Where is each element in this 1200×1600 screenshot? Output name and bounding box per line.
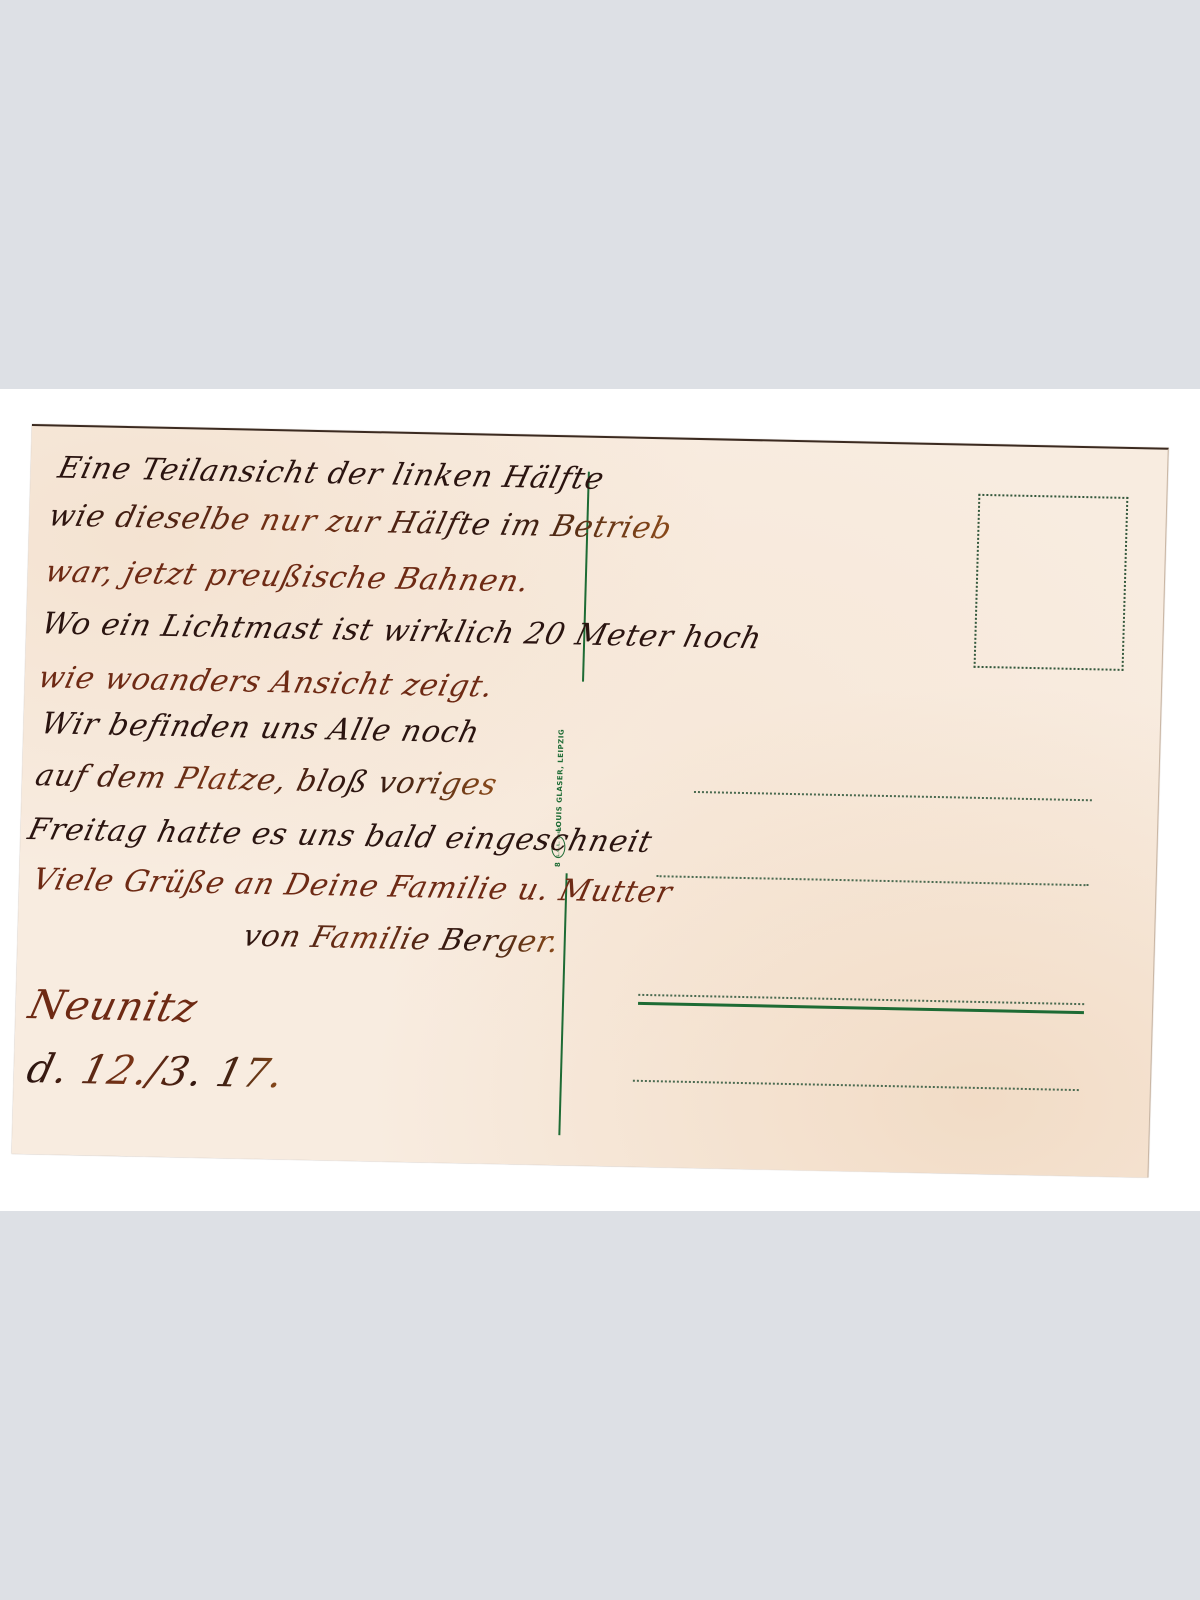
stamp-box xyxy=(974,494,1129,671)
card-number: 8 xyxy=(554,862,562,868)
message-line: Wo ein Lichtmast ist wirklich 20 Meter h… xyxy=(38,606,765,656)
message-line: wie woanders Ansicht zeigt. xyxy=(35,660,498,704)
place-name: Neunitz xyxy=(24,982,202,1031)
address-line xyxy=(633,1080,1079,1091)
center-divider-line-lower xyxy=(558,873,567,1135)
date: d. 12./3. 17. xyxy=(22,1046,289,1097)
message-line: von Familie Berger. xyxy=(240,919,564,960)
address-line xyxy=(694,791,1092,801)
address-line xyxy=(657,875,1089,886)
message-line: auf dem Platze, bloß voriges xyxy=(32,758,501,802)
message-line: Eine Teilansicht der linken Hälfte xyxy=(55,451,609,497)
message-line: war, jetzt preußische Bahnen. xyxy=(42,554,534,599)
message-line: Viele Grüße an Deine Familie u. Mutter xyxy=(29,862,676,910)
postcard-back: 8 L.G.L. Insel LOUIS GLASER, LEIPZIG Ein… xyxy=(12,424,1169,1178)
message-line: Wir befinden uns Alle noch xyxy=(37,706,483,750)
publisher-name: LOUIS GLASER, LEIPZIG xyxy=(555,729,566,832)
message-line: wie dieselbe nur zur Hälfte im Betrieb xyxy=(45,498,676,546)
